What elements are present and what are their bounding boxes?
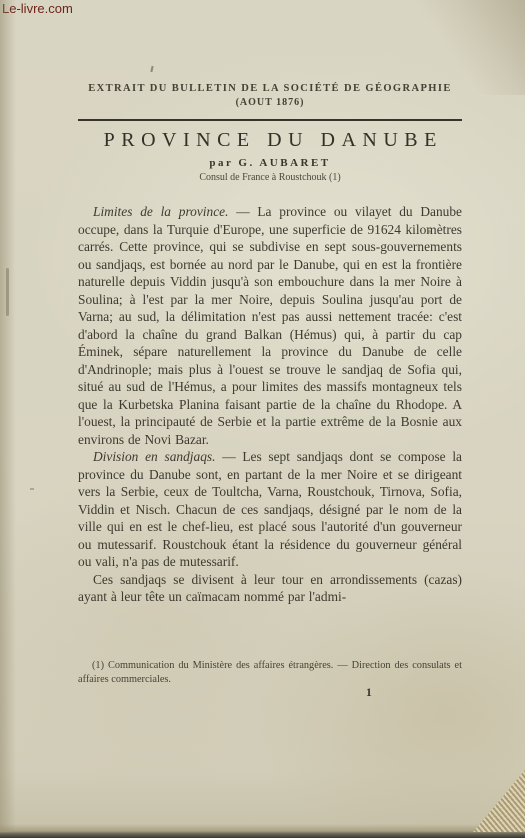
paragraph-division-text: — Les sept sandjaqs dont se compose la p… [78,449,462,569]
paper-speck [30,488,34,490]
footnote: (1) Communication du Ministère des affai… [78,659,462,686]
paper-crease-mark [6,268,9,316]
page-title: PROVINCE DU DANUBE [78,129,462,152]
paragraph-limites-text: — La province ou vilayet du Danube occup… [78,204,462,447]
paper-speck [428,230,431,233]
worn-corner-hatching [473,770,525,832]
author-byline: par G. AUBARET [78,157,462,169]
author-subtitle: Consul de France à Roustchouk (1) [78,172,462,183]
header-date-line: (AOUT 1876) [78,97,462,108]
paragraph-cazas: Ces sandjaqs se divisent à leur tour en … [78,571,462,606]
page-bottom-edge-shadow [0,824,525,831]
top-right-corner-shadow [405,0,525,95]
paper-speck [150,66,153,72]
page-number: 1 [366,687,372,699]
header-rule [78,119,462,121]
paragraph-division: Division en sandjaqs. — Les sept sandjaq… [78,448,462,571]
background-bottom-strip [0,831,525,838]
article-text: Limites de la province. — La province ou… [78,203,462,606]
paragraph-division-lead: Division en sandjaqs. [93,449,215,464]
paragraph-cazas-text: Ces sandjaqs se divisent à leur tour en … [78,572,462,605]
paragraph-limites: Limites de la province. — La province ou… [78,203,462,448]
page-left-edge-shadow [0,0,16,838]
paragraph-limites-lead: Limites de la province. [93,204,228,219]
scanned-page: Le-livre.com EXTRAIT DU BULLETIN DE LA S… [0,0,525,838]
